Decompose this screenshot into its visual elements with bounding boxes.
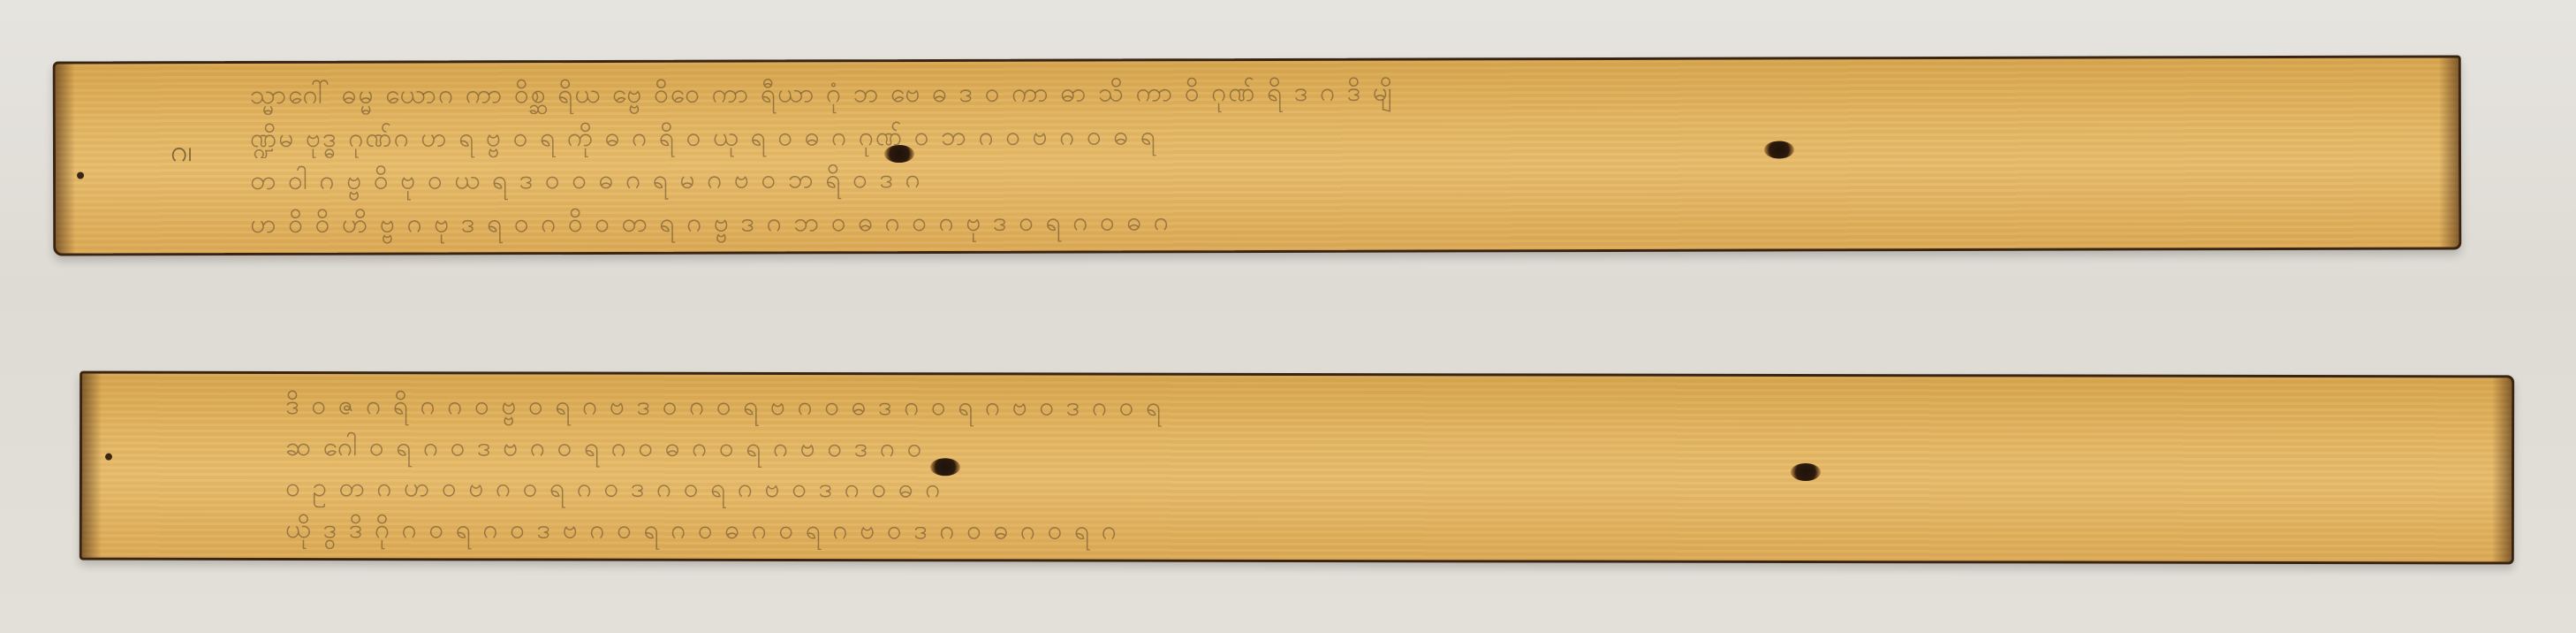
script-line: သ္မာဂေါ် ဓမ္မ ယောဂ ကာ ဝိစ္ဆ ရိယ ဗ္ဗေ ဝိဝ… (250, 71, 2423, 115)
burnt-edge-left (82, 374, 102, 558)
ink-dot (105, 454, 112, 461)
script-line: တ ဝါ ဂ ဗ္ဗ ဝိ ဗု ဝ ယ ရ ဒ ဝ ဝ ဓ ဂ ရ မ ဂ ဗ… (250, 156, 2423, 201)
page-number: ဂ၊ (170, 131, 193, 176)
script-line: ဏ္ဍိမ ဗုဒ္ဓ ဂုဏ်ဂ ဟ ရ ဗ္ဗ ဝ ရ ကို ဓ ဂ ရိ… (250, 113, 2423, 157)
burnt-edge-right (2492, 378, 2512, 561)
script-line: ဟ ဝိ ဝိ ဟိ ဗ္ဗ ဂ ဗု ဒ ရ ဝ ဂ ဝိ ဝ တ ရ ဂ ဗ… (250, 200, 2423, 244)
script-line: ဆ ဂေါ ဝ ရ ဂ ဝ ဒ ဗ ဂ ဝ ရ ဂ ဝ ဓ ဂ ဝ ရ ဂ ဗ … (285, 428, 2476, 470)
burnt-edge-right (2439, 57, 2459, 247)
burnt-edge-left (56, 65, 76, 254)
script-line: ဒိ ဝ ဇ ဂ ရိ ဂ ဂ ဝ ဗ္ဗ ဝ ရ ဂ ဗ ဒ ဝ ဂ ဝ ရ … (285, 386, 2476, 429)
script-lines: ဒိ ဝ ဇ ဂ ရိ ဂ ဂ ဝ ဗ္ဗ ဝ ရ ဂ ဗ ဒ ဝ ဂ ဝ ရ … (285, 386, 2476, 553)
script-lines: သ္မာဂေါ် ဓမ္မ ယောဂ ကာ ဝိစ္ဆ ရိယ ဗ္ဗေ ဝိဝ… (250, 71, 2423, 244)
script-line: ဝ ဥ တ ဂ ဟ ဝ ဗ ဂ ဝ ရ ဂ ဝ ဒ ဂ ဝ ရ ဂ ဗ ဝ ဒ … (285, 469, 2476, 511)
ink-dot (77, 172, 84, 179)
palm-leaf-manuscript-2: ဒိ ဝ ဇ ဂ ရိ ဂ ဂ ဝ ဗ္ဗ ဝ ရ ဂ ဗ ဒ ဝ ဂ ဝ ရ … (80, 371, 2514, 565)
palm-leaf-manuscript-1: ဂ၊ သ္မာဂေါ် ဓမ္မ ယောဂ ကာ ဝိစ္ဆ ရိယ ဗ္ဗေ … (53, 55, 2462, 255)
script-line: ယို ဒွ ဒိ ဂို ဂ ဝ ရ ဂ ဝ ဒ ဗ ဂ ဝ ရ ဂ ဝ ဓ … (285, 510, 2476, 553)
